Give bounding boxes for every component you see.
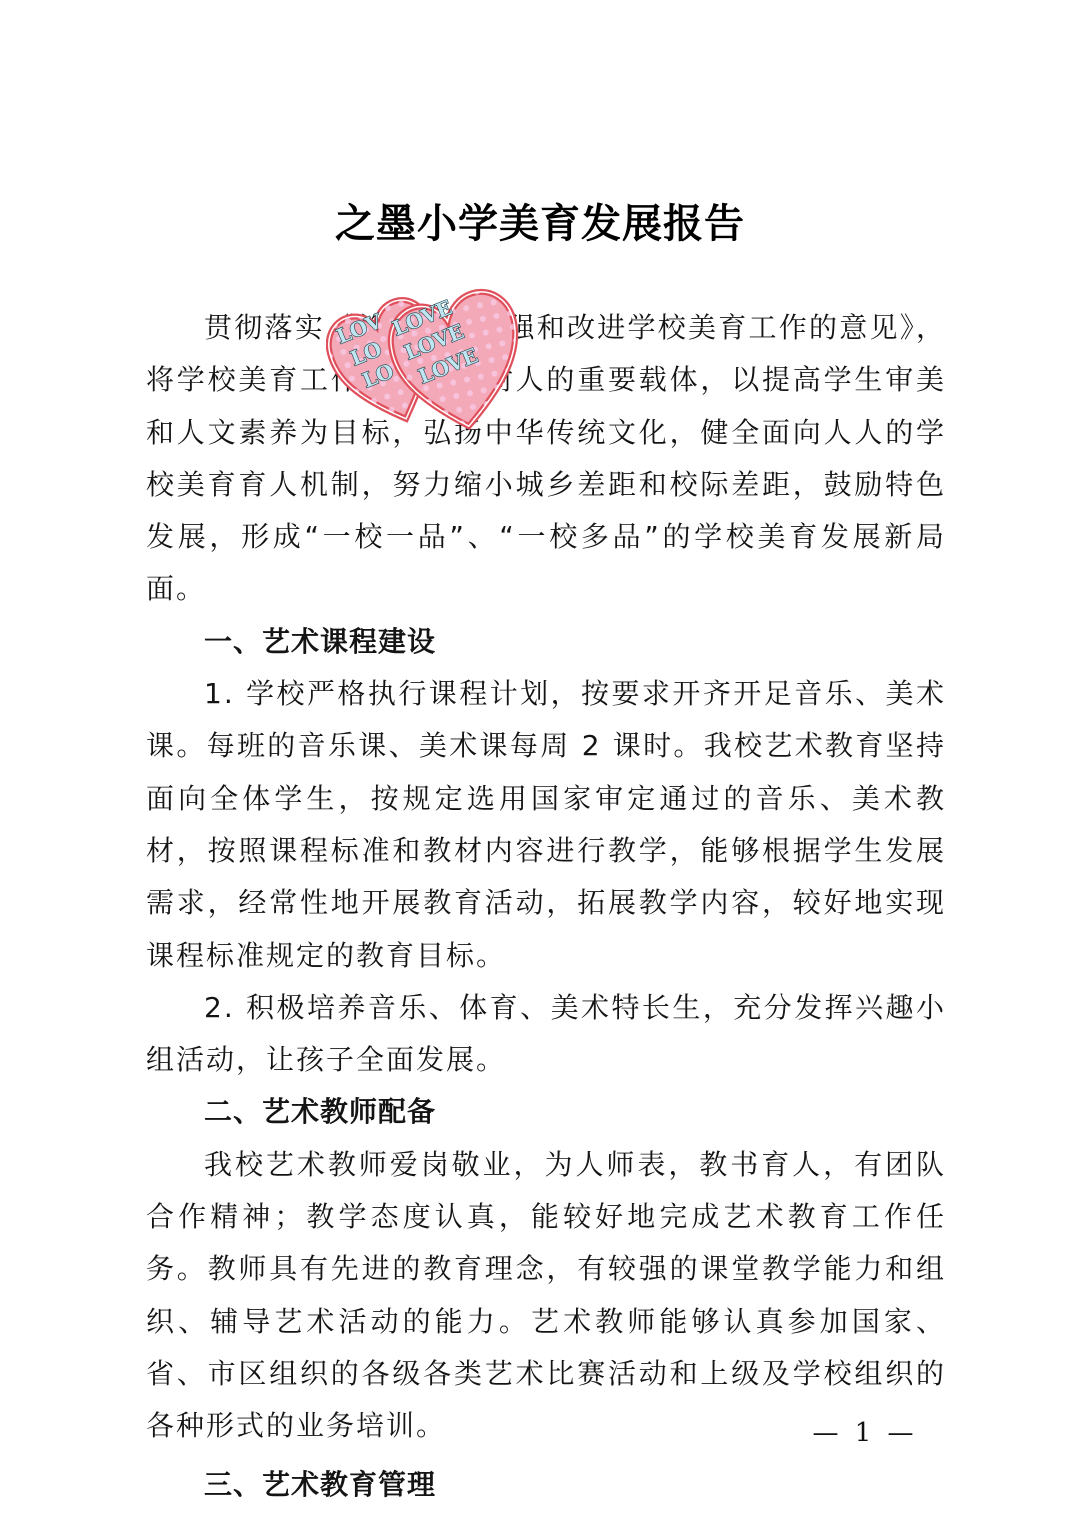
document-title: 之墨小学美育发展报告	[0, 196, 1080, 252]
curriculum-paragraph-1: 1. 学校严格执行课程计划，按要求开齐开足音乐、美术课。每班的音乐课、美术课每周…	[146, 668, 946, 982]
section-heading-teachers: 二、艺术教师配备	[146, 1086, 946, 1138]
section-heading-curriculum: 一、艺术课程建设	[146, 616, 946, 668]
teachers-paragraph-1: 我校艺术教师爱岗敬业，为人师表，教书育人，有团队合作精神；教学态度认真，能较好地…	[146, 1139, 946, 1453]
intro-paragraph: 贯彻落实《关于全面加强和改进学校美育工作的意见》，将学校美育工作作为立德树人的重…	[146, 302, 946, 616]
document-body: 贯彻落实《关于全面加强和改进学校美育工作的意见》，将学校美育工作作为立德树人的重…	[146, 302, 946, 1511]
page-number: — 1 —	[800, 1418, 930, 1448]
curriculum-paragraph-2: 2. 积极培养音乐、体育、美术特长生，充分发挥兴趣小组活动，让孩子全面发展。	[146, 982, 946, 1087]
section-heading-management: 三、艺术教育管理	[146, 1459, 946, 1511]
document-page: 之墨小学美育发展报告 贯彻落实《关于全面加强和改进学校美育工作的意见》，将学校美…	[0, 0, 1080, 1527]
